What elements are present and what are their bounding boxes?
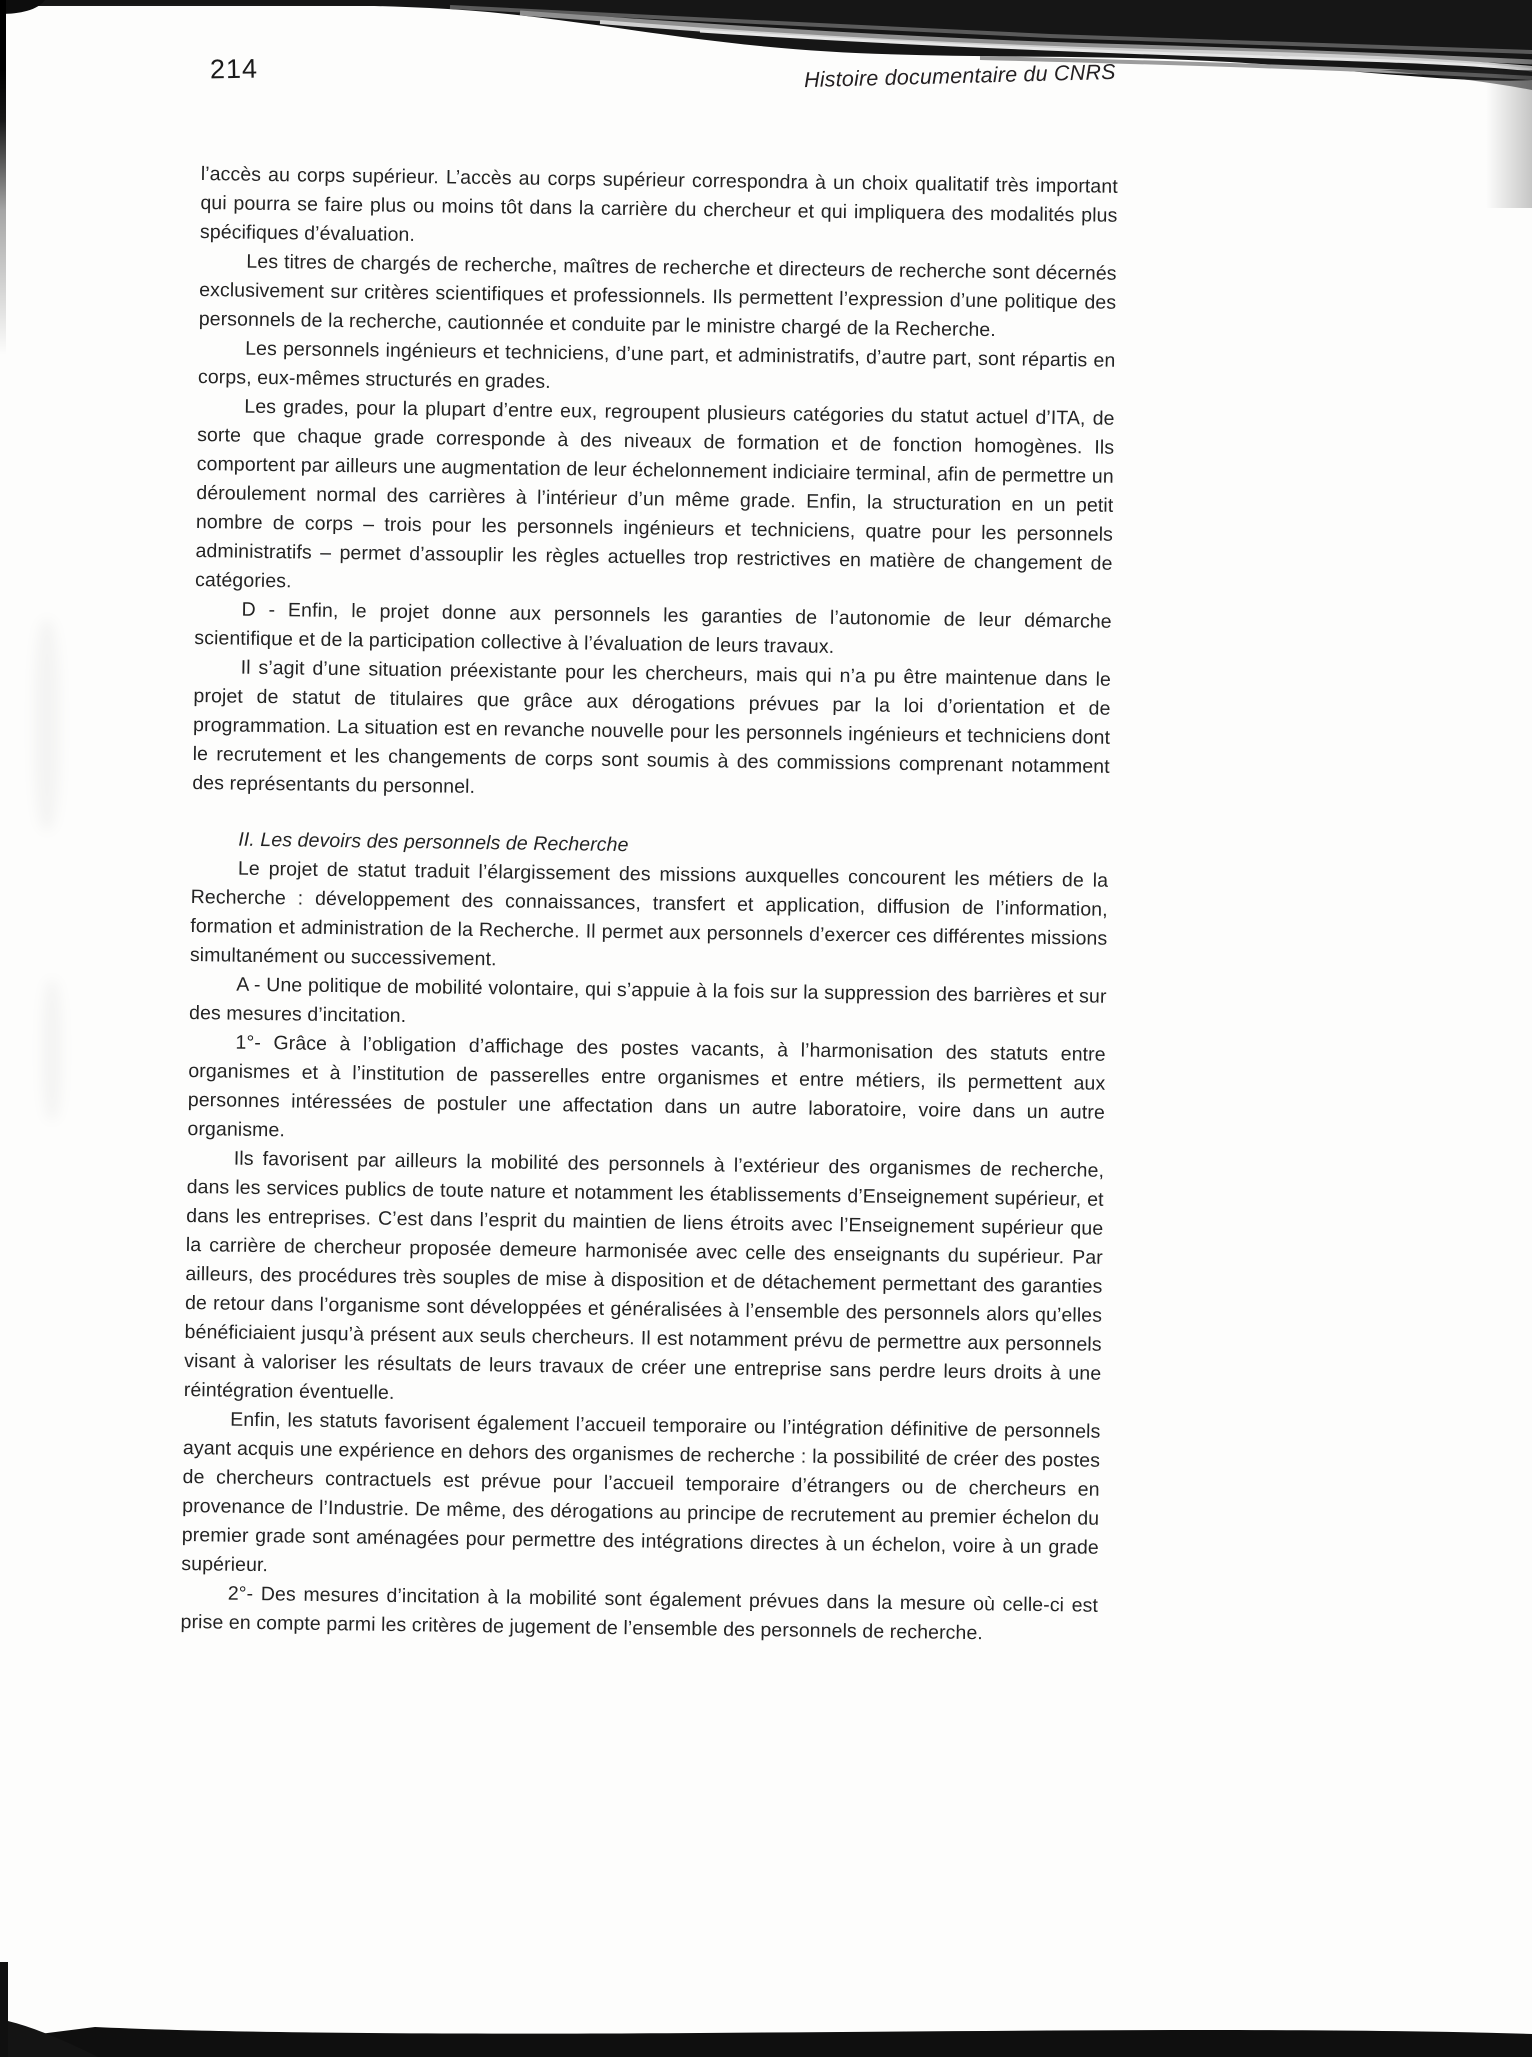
paragraph: Ils favorisent par ailleurs la mobilité … bbox=[184, 1144, 1105, 1418]
scan-edge-left-bottom bbox=[0, 1962, 8, 2057]
scan-edge-left bbox=[0, 0, 6, 360]
page-number: 214 bbox=[210, 54, 259, 86]
paragraph: Il s’agit d’une situation préexistante p… bbox=[192, 653, 1111, 811]
paragraph: 2°- Des mesures d’incitation à la mobili… bbox=[180, 1579, 1098, 1650]
paragraph: Enfin, les statuts favorisent également … bbox=[181, 1405, 1100, 1592]
scan-shadow-right bbox=[1486, 58, 1532, 208]
paragraph: l’accès au corps supérieur. L’accès au c… bbox=[200, 160, 1118, 260]
scan-smudge bbox=[34, 620, 60, 830]
paragraph: Le projet de statut traduit l’élargissem… bbox=[190, 854, 1109, 983]
running-title: Histoire documentaire du CNRS bbox=[804, 60, 1116, 93]
paragraph: Les grades, pour la plupart d’entre eux,… bbox=[195, 392, 1115, 608]
paragraph: 1°- Grâce à l’obligation d’affichage des… bbox=[187, 1028, 1106, 1157]
scan-edge-bottom bbox=[0, 1975, 1532, 2057]
scan-smudge bbox=[42, 980, 62, 1120]
text-block: l’accès au corps supérieur. L’accès au c… bbox=[180, 160, 1118, 1650]
paragraph: Les titres de chargés de recherche, maît… bbox=[199, 247, 1117, 347]
